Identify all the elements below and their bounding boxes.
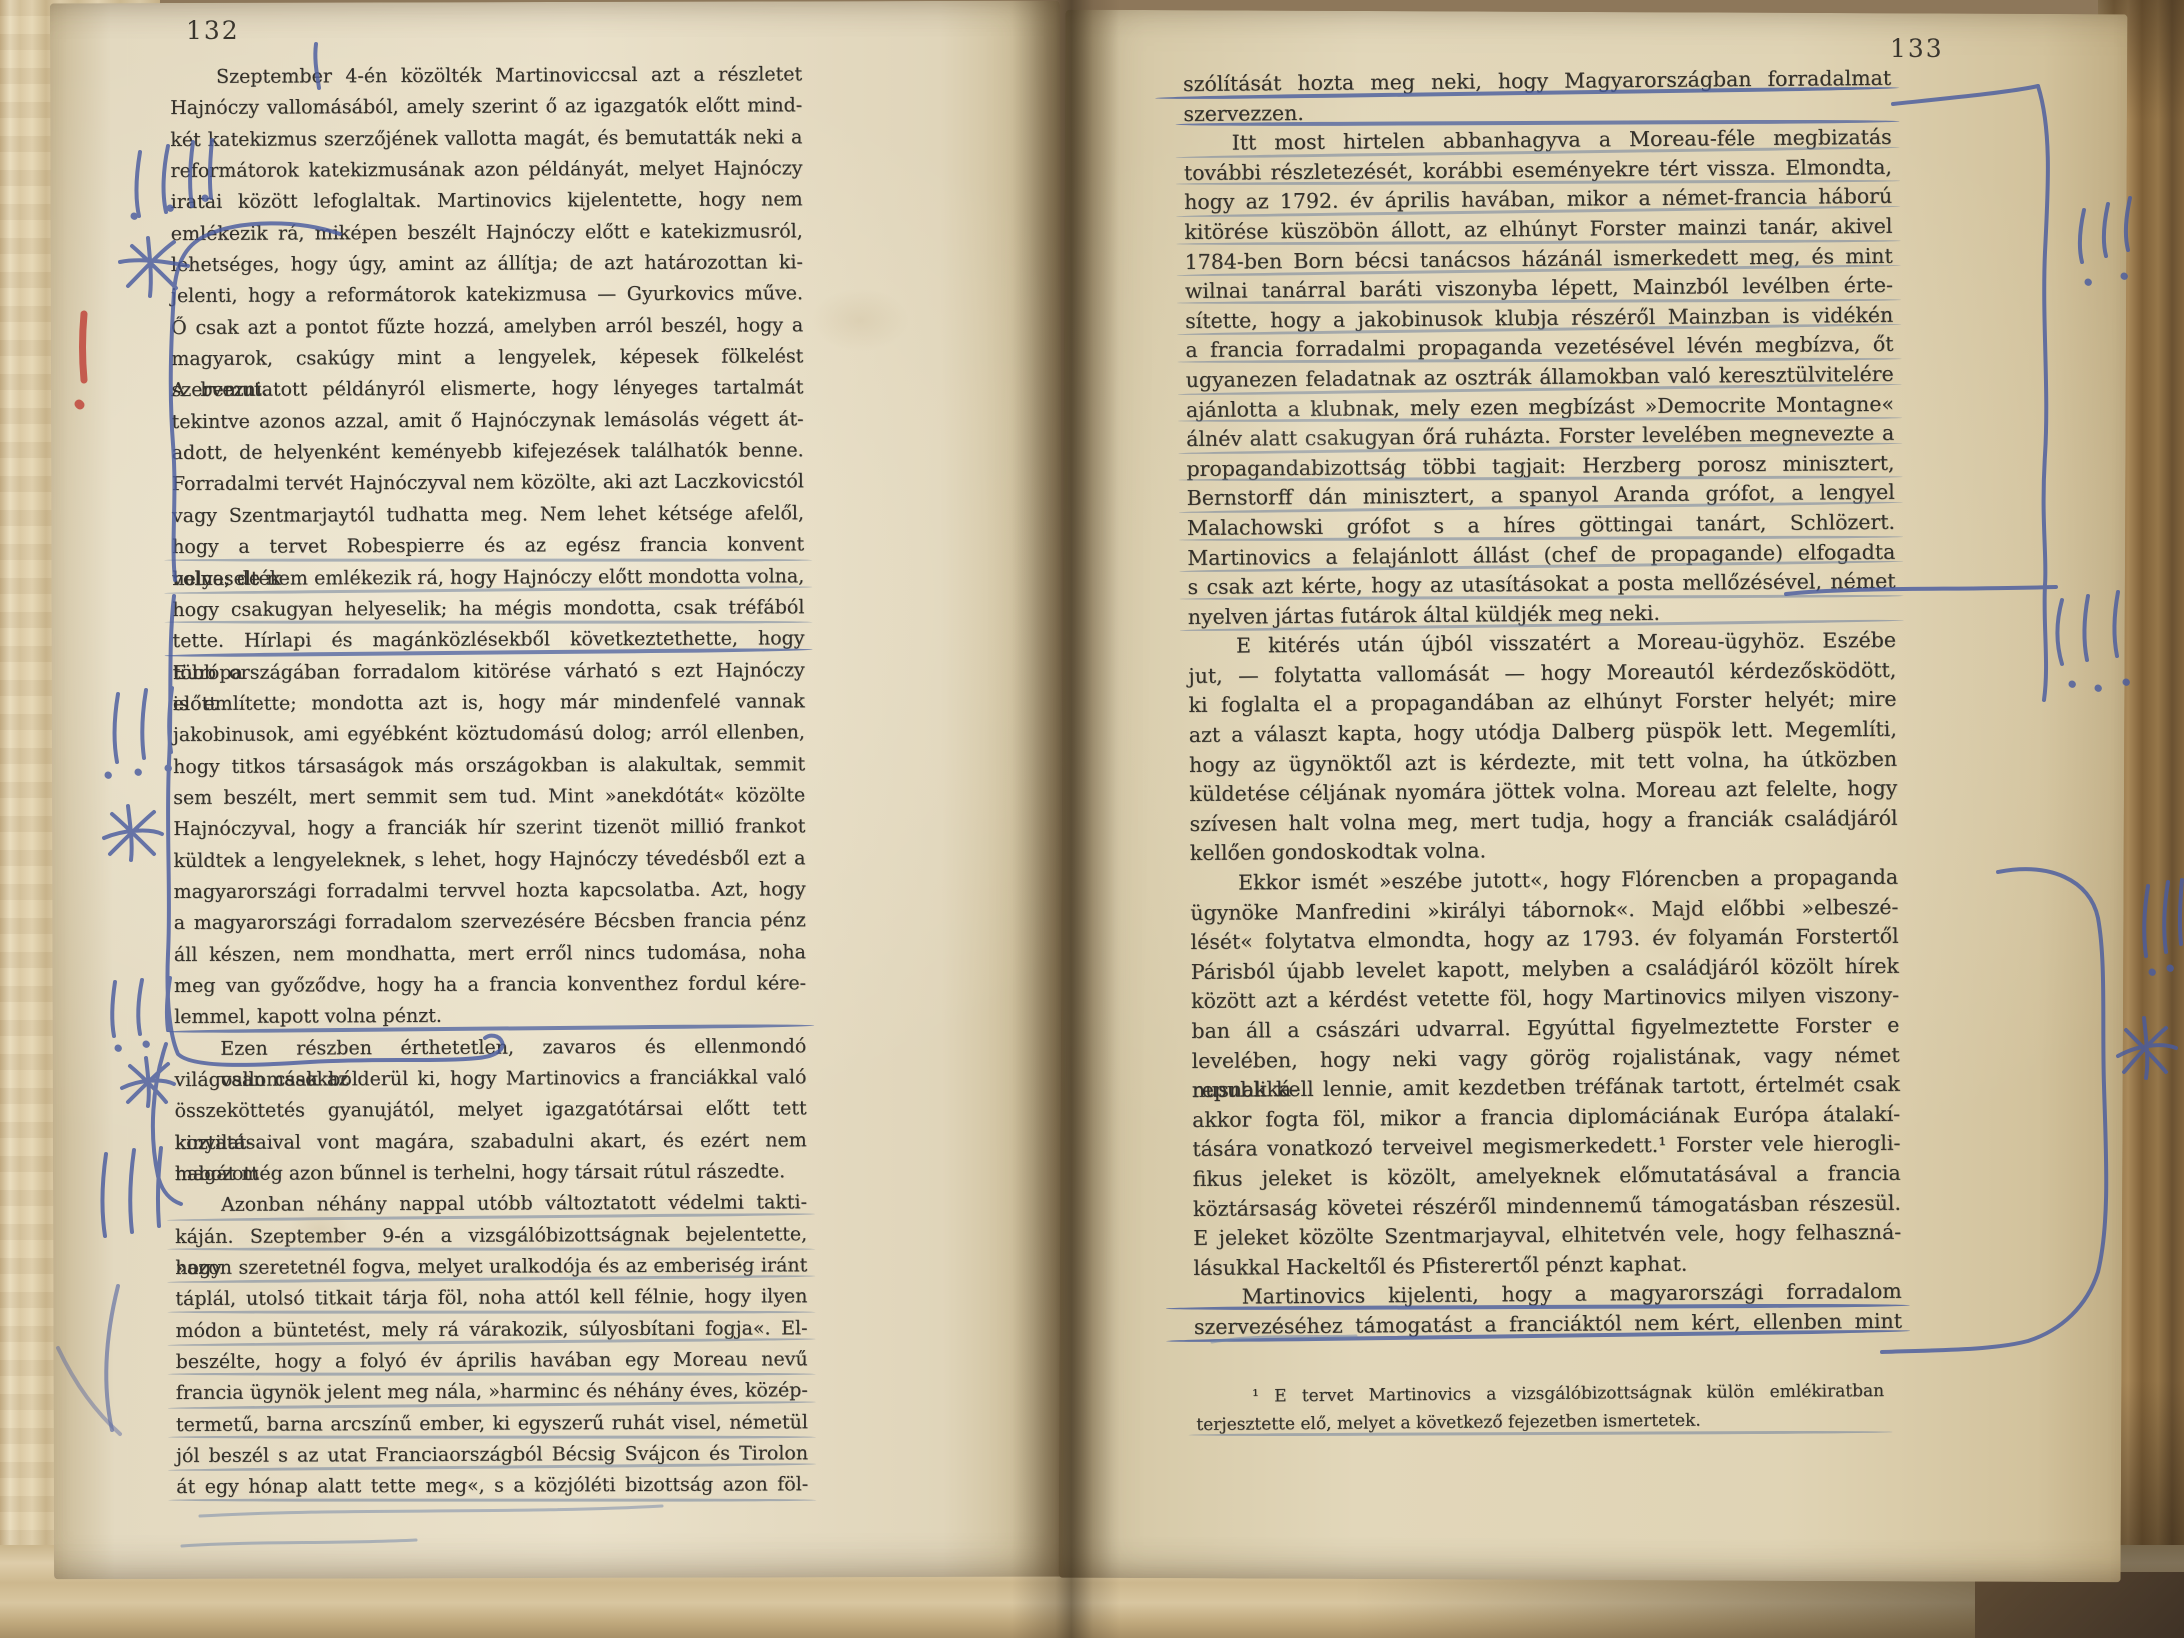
right-page-text-column: szólítását hozta meg neki, hogy Magyaror… bbox=[1183, 64, 1902, 1343]
text-line: iratai között lefoglaltak. Martinovics k… bbox=[171, 185, 803, 219]
text-line: reformátorok katekizmusának azon példány… bbox=[170, 153, 802, 187]
text-line: Szeptember 4-én közölték Martinoviccsal … bbox=[170, 59, 802, 93]
text-line: hogy a tervet Robespierre és az egész fr… bbox=[172, 529, 804, 563]
text-line: lemmel, kapott volna pénzt. bbox=[174, 1000, 806, 1034]
text-line: sem beszélt, mert semmit sem tud. Mint »… bbox=[173, 780, 805, 814]
left-page-text-column: Szeptember 4-én közölték Martinoviccsal … bbox=[170, 59, 808, 1504]
text-line: termetű, barna arcszínű ember, ki egysze… bbox=[176, 1407, 808, 1441]
text-line: hogy titkos társaságok más országokban i… bbox=[173, 749, 805, 783]
text-line: volna; de nem emlékezik rá, hogy Hajnócz… bbox=[172, 561, 804, 595]
text-line: hogy csakugyan helyeselik; ha mégis mond… bbox=[172, 592, 804, 626]
footnote-block: ¹ E tervet Martinovics a vizsgálóbizotts… bbox=[1196, 1378, 1884, 1439]
text-line: káján. Szeptember 9-én a vizsgálóbizotts… bbox=[175, 1219, 807, 1253]
text-line: világosan csak az derül ki, hogy Martino… bbox=[174, 1062, 806, 1096]
text-line: jelenti, hogy a reformátorok katekizmusa… bbox=[171, 279, 803, 313]
text-line: a magyarországi forradalom szervezésére … bbox=[174, 906, 806, 940]
text-line: több országában forradalom kitörése várh… bbox=[173, 655, 805, 689]
text-line: lehetséges, hogy úgy, amint az állítja; … bbox=[171, 247, 803, 281]
text-line: jakobinusok, ami egyébként köztudomású d… bbox=[173, 717, 805, 751]
text-line: beszélte, hogy a folyó év április havába… bbox=[176, 1344, 808, 1378]
text-line: két katekizmus szerzőjének vallotta magá… bbox=[170, 122, 802, 156]
text-line: módon a büntetést, mely rá várakozik, sú… bbox=[175, 1313, 807, 1347]
page-number-left: 132 bbox=[186, 16, 240, 45]
text-line: is említette; mondotta azt is, hogy már … bbox=[173, 686, 805, 720]
text-line: szervezéséhez támogatást a franciáktól n… bbox=[1194, 1307, 1902, 1343]
text-line: magyarok, csakúgy mint a lengyelek, képe… bbox=[171, 341, 803, 375]
book-photo-scene: 132 133 Szeptember 4-én közölték Martino… bbox=[0, 0, 2184, 1638]
text-line: meg van győződve, hogy ha a francia konv… bbox=[174, 968, 806, 1002]
text-line: magyarországi forradalmi tervvel hozta k… bbox=[174, 874, 806, 908]
page-number-right: 133 bbox=[1890, 34, 1944, 63]
text-line: emlékezik rá, miképen beszélt Hajnóczy e… bbox=[171, 216, 803, 250]
text-line: át egy hónap alatt tette meg«, s a közjó… bbox=[176, 1470, 808, 1504]
text-line: magát még azon bűnnel is terhelni, hogy … bbox=[175, 1156, 807, 1190]
text-line: tette. Hírlapi és magánközlésekből követ… bbox=[172, 623, 804, 657]
text-line: jól beszél s az utat Franciaországból Bé… bbox=[176, 1438, 808, 1472]
text-line: Hajnóczyval, hogy a franciák hír szerint… bbox=[173, 811, 805, 845]
text-line: »azon szeretetnél fogva, melyet uralkodó… bbox=[175, 1250, 807, 1284]
text-line: áll készen, nem mondhatta, mert erről ni… bbox=[174, 937, 806, 971]
text-line: vagy Szentmarjaytól tudhatta meg. Nem le… bbox=[172, 498, 804, 532]
text-line: adott, de helyenként keményebb kifejezés… bbox=[172, 435, 804, 469]
text-line: táplál, utolsó titkait tárja föl, noha a… bbox=[175, 1282, 807, 1316]
text-line: Ezen részben érthetetlen, zavaros és ell… bbox=[174, 1031, 806, 1065]
text-line: Hajnóczy vallomásából, amely szerint ő a… bbox=[170, 91, 802, 125]
text-line: tekintve azonos azzal, amit ő Hajnóczyna… bbox=[172, 404, 804, 438]
text-line: Azonban néhány nappal utóbb változtatott… bbox=[175, 1188, 807, 1222]
text-line: koztatásaival vont magára, szabadulni ak… bbox=[175, 1125, 807, 1159]
text-line: Forradalmi tervét Hajnóczyval nem közölt… bbox=[172, 467, 804, 501]
text-line: francia ügynök jelent meg nála, »harminc… bbox=[176, 1376, 808, 1410]
text-line: Ő csak azt a pontot fűzte hozzá, amelybe… bbox=[171, 310, 803, 344]
text-line: A bemutatott példányról elismerte, hogy … bbox=[171, 373, 803, 407]
text-line: összeköttetés gyanujától, melyet igazgat… bbox=[175, 1094, 807, 1128]
text-line: küldtek a lengyeleknek, s lehet, hogy Ha… bbox=[173, 843, 805, 877]
